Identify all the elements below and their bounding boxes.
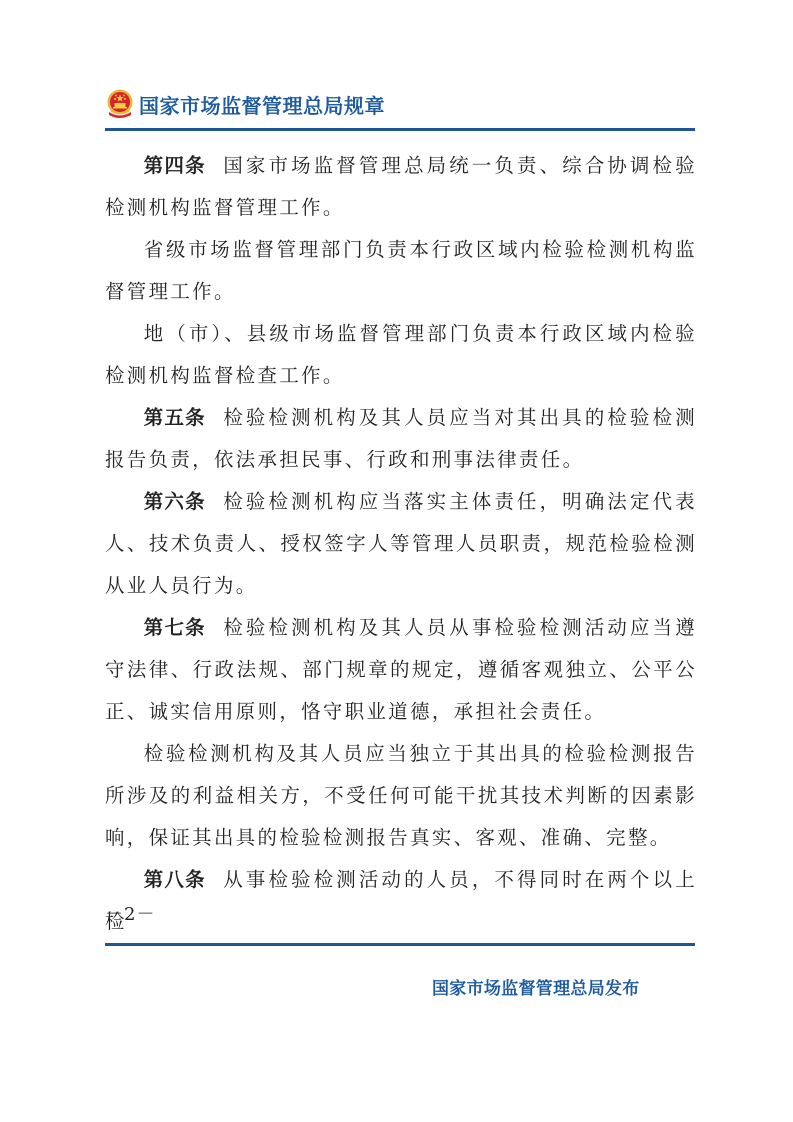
article-number: 第六条	[144, 490, 206, 513]
paragraph-article-7: 第七条检验检测机构及其人员从事检验检测活动应当遵守法律、行政法规、部门规章的规定…	[105, 607, 697, 733]
paragraph: 地（市）、县级市场监督管理部门负责本行政区域内检验检测机构监督检查工作。	[105, 313, 697, 397]
article-number: 第七条	[144, 616, 206, 639]
header-divider	[105, 128, 695, 131]
article-number: 第四条	[144, 154, 206, 177]
paragraph-text: 省级市场监督管理部门负责本行政区域内检验检测机构监督管理工作。	[105, 238, 697, 303]
article-number: 第五条	[144, 406, 206, 429]
page-header: 国家市场监督管理总局规章	[105, 88, 385, 120]
paragraph: 省级市场监督管理部门负责本行政区域内检验检测机构监督管理工作。	[105, 229, 697, 313]
footer-divider	[105, 943, 695, 946]
paragraph-text: 检验检测机构及其人员应当独立于其出具的检验检测报告所涉及的利益相关方，不受任何可…	[105, 742, 697, 849]
article-number: 第八条	[144, 868, 206, 891]
header-title: 国家市场监督管理总局规章	[139, 90, 385, 119]
page-number: －2－	[105, 900, 155, 926]
national-emblem-icon	[105, 88, 135, 120]
paragraph-article-6: 第六条检验检测机构应当落实主体责任，明确法定代表人、技术负责人、授权签字人等管理…	[105, 481, 697, 607]
document-body: 第四条国家市场监督管理总局统一负责、综合协调检验检测机构监督管理工作。 省级市场…	[105, 145, 697, 943]
paragraph-article-4: 第四条国家市场监督管理总局统一负责、综合协调检验检测机构监督管理工作。	[105, 145, 697, 229]
paragraph-article-8: 第八条从事检验检测活动的人员，不得同时在两个以上检	[105, 859, 697, 943]
footer-publisher: 国家市场监督管理总局发布	[432, 974, 640, 999]
paragraph-text: 地（市）、县级市场监督管理部门负责本行政区域内检验检测机构监督检查工作。	[105, 322, 697, 387]
paragraph: 检验检测机构及其人员应当独立于其出具的检验检测报告所涉及的利益相关方，不受任何可…	[105, 733, 697, 859]
paragraph-article-5: 第五条检验检测机构及其人员应当对其出具的检验检测报告负责，依法承担民事、行政和刑…	[105, 397, 697, 481]
